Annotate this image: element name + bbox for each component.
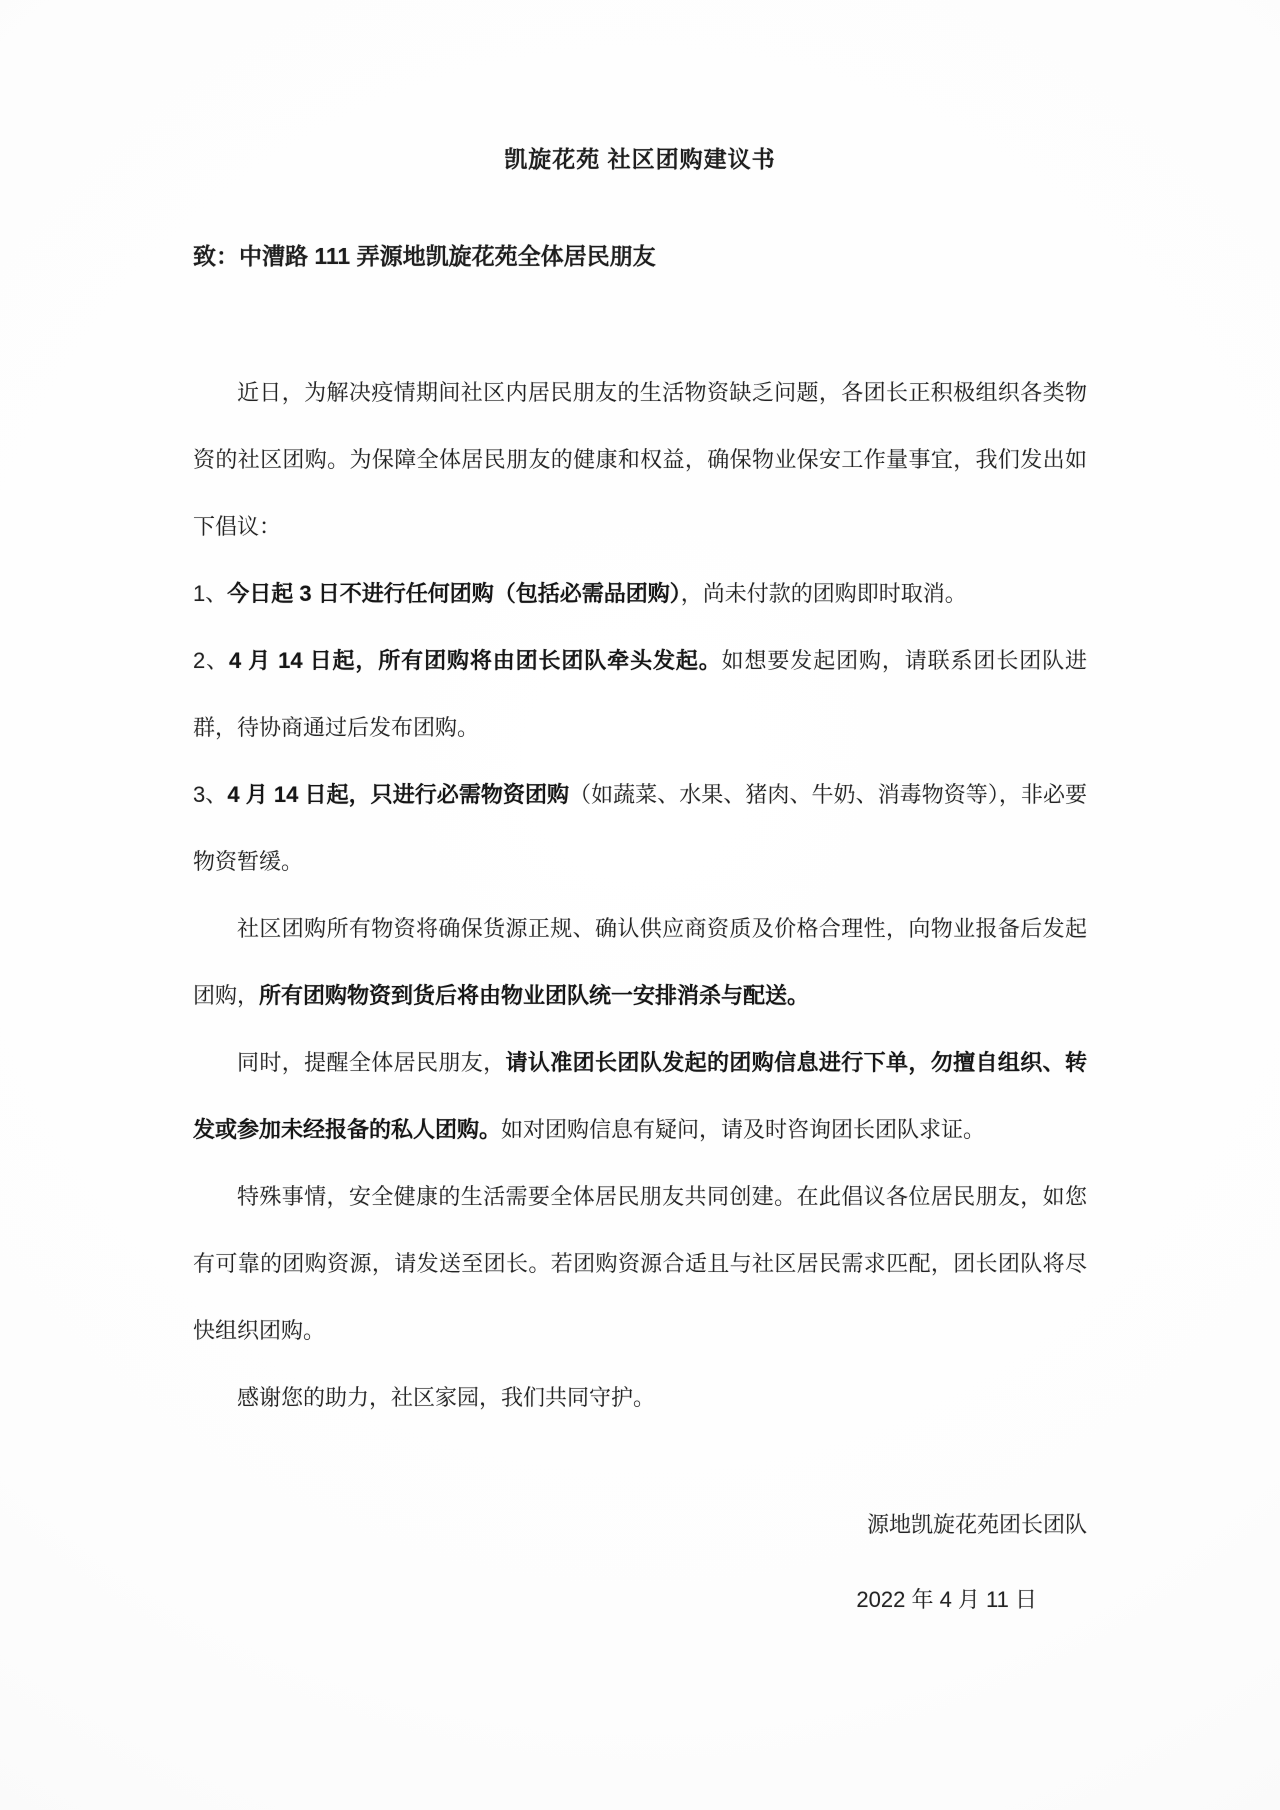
- text-run: 特殊事情，安全健康的生活需要全体居民朋友共同创建。在此倡议各位居民朋友，如您有可…: [193, 1184, 1087, 1343]
- signature-author: 源地凯旋花苑团长团队: [193, 1491, 1087, 1558]
- bold-text-run: 4 月 14 日起，所有团购将由团长团队牵头发起。: [229, 648, 722, 673]
- signature-date: 2022 年 4 月 11 日: [193, 1566, 1087, 1633]
- text-run: ，尚未付款的团购即时取消。: [681, 581, 967, 606]
- text-run: 3、: [193, 782, 227, 807]
- paragraph-supply-assurance: 社区团购所有物资将确保货源正规、确认供应商资质及价格合理性，向物业报备后发起团购…: [193, 895, 1087, 1029]
- document-page: 凯旋花苑 社区团购建议书 致：中漕路 111 弄源地凯旋花苑全体居民朋友 近日，…: [0, 0, 1280, 1810]
- bold-text-run: 今日起 3 日不进行任何团购（包括必需品团购）: [227, 581, 680, 606]
- paragraph-item-1: 1、今日起 3 日不进行任何团购（包括必需品团购），尚未付款的团购即时取消。: [193, 560, 1087, 627]
- paragraph-item-2: 2、4 月 14 日起，所有团购将由团长团队牵头发起。如想要发起团购，请联系团长…: [193, 627, 1087, 761]
- text-run: 同时，提醒全体居民朋友，: [237, 1050, 506, 1075]
- text-run: 近日，为解决疫情期间社区内居民朋友的生活物资缺乏问题，各团长正积极组织各类物资的…: [193, 380, 1087, 539]
- text-run: 2、: [193, 648, 229, 673]
- bold-text-run: 所有团购物资到货后将由物业团队统一安排消杀与配送。: [259, 983, 809, 1008]
- paragraph-item-3: 3、4 月 14 日起，只进行必需物资团购（如蔬菜、水果、猪肉、牛奶、消毒物资等…: [193, 761, 1087, 895]
- document-title: 凯旋花苑 社区团购建议书: [193, 126, 1087, 193]
- document-body: 近日，为解决疫情期间社区内居民朋友的生活物资缺乏问题，各团长正积极组织各类物资的…: [193, 359, 1087, 1431]
- text-run: 如对团购信息有疑问，请及时咨询团长团队求证。: [501, 1117, 985, 1142]
- paragraph-reminder: 同时，提醒全体居民朋友，请认准团长团队发起的团购信息进行下单，勿擅自组织、转发或…: [193, 1029, 1087, 1163]
- text-run: 1、: [193, 581, 227, 606]
- salutation-line: 致：中漕路 111 弄源地凯旋花苑全体居民朋友: [193, 223, 1087, 290]
- bold-text-run: 4 月 14 日起，只进行必需物资团购: [227, 782, 569, 807]
- document-sheet: 凯旋花苑 社区团购建议书 致：中漕路 111 弄源地凯旋花苑全体居民朋友 近日，…: [193, 0, 1087, 1633]
- text-run: 感谢您的助力，社区家园，我们共同守护。: [237, 1385, 655, 1410]
- paragraph-appeal: 特殊事情，安全健康的生活需要全体居民朋友共同创建。在此倡议各位居民朋友，如您有可…: [193, 1163, 1087, 1364]
- paragraph-thanks: 感谢您的助力，社区家园，我们共同守护。: [193, 1364, 1087, 1431]
- paragraph-intro: 近日，为解决疫情期间社区内居民朋友的生活物资缺乏问题，各团长正积极组织各类物资的…: [193, 359, 1087, 560]
